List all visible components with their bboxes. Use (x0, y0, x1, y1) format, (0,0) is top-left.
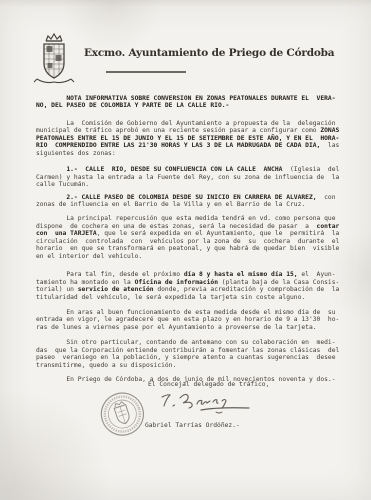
coat-of-arms-icon (33, 32, 75, 92)
zone-item-2: 2.- CALLE PASEO DE COLOMBIA DESDE SU INI… (36, 194, 348, 209)
scanned-document-page: Excmo. Ayuntamiento de Priego de Córdoba… (0, 0, 371, 500)
paragraph-closing: Sin otro particular, contando de anteman… (36, 339, 348, 369)
doc-title: NOTA INFORMATIVA SOBRE CONVERSION EN ZON… (36, 95, 348, 110)
paragraph-office: Para tal fin, desde el próximo día 8 y h… (36, 271, 348, 301)
paragraph-card: La principal repercusión que esta medida… (36, 215, 348, 260)
organization-name: Excmo. Ayuntamiento de Priego de Córdoba (84, 47, 344, 59)
official-round-stamp-icon (92, 384, 154, 448)
document-body: NOTA INFORMATIVA SOBRE CONVERSION EN ZON… (36, 95, 348, 384)
paragraph-intro: La Comisión de Gobierno del Ayuntamiento… (36, 120, 348, 157)
handwritten-signature (156, 389, 256, 423)
paragraph-schedule: En aras al buen funcionamiento de esta m… (36, 309, 348, 331)
signer-name: Gabriel Tarrías Ordóñez.- (145, 422, 240, 429)
date-line: En Priego de Córdoba, a dos de junio de … (36, 376, 348, 383)
zone-item-1: 1.- CALLE RIO, DESDE SU CONFLUENCIA CON … (36, 166, 348, 188)
header-divider (106, 71, 186, 73)
